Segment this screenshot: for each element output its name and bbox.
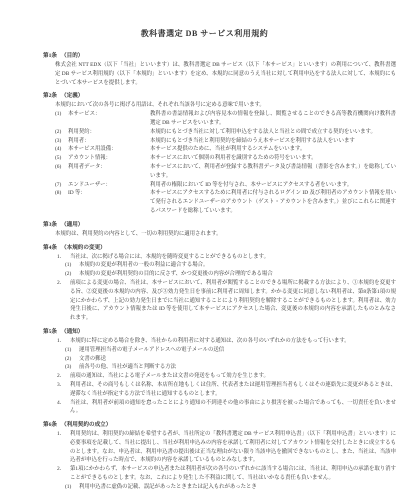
article-heading: 第5条（通知） (43, 328, 396, 337)
sub-item: (1)利用申込書に虚偽の記載、誤記があったときまたは記入もれがあったとき (65, 483, 396, 489)
def-item: (3)利用者：本規約にもとづき当社と利用契約を締結のうえ本サービスを利用する法人… (55, 137, 396, 146)
item-number: 4． (57, 399, 70, 408)
article: 第5条（通知）1．本規約に特に定める場合を除き、当社からの利用者に対する通知は、… (43, 328, 396, 416)
article-caption: （通知） (61, 329, 83, 335)
item-text: 前各号の他、当社が適当と判断する方法 (79, 363, 396, 372)
item-number: (2) (55, 128, 68, 137)
num-item: 2．第1項にかかわらず、本サービスの申込者または利用者が次の各号のいずれかに該当… (57, 465, 396, 483)
item-number: (3) (55, 137, 68, 146)
item-number: 1． (57, 430, 70, 439)
item-number: (5) (55, 154, 68, 163)
article: 第1条（目的）株式会社 NTT EDX（以下「当社」といいます）は、教科書選定 … (43, 52, 396, 87)
article-heading: 第6条（利用契約の成立） (43, 421, 396, 430)
def-item: (7)エンドユーザー：利用者の権限において ID 等を付与され、本サービスにアク… (55, 181, 396, 190)
article-number: 第2条 (43, 93, 57, 99)
item-number: 2． (57, 372, 70, 381)
item-text: 利用申込書に虚偽の記載、誤記があったときまたは記入もれがあったとき (79, 483, 396, 489)
article-heading: 第4条（本規約の変更） (43, 244, 396, 253)
paragraph: 本規約は、利用契約の内容として、一切の利用契約に適用されます。 (55, 230, 396, 239)
item-number: 2． (57, 465, 70, 474)
article-number: 第5条 (43, 329, 57, 335)
def-item: (5)アカウント情報：本サービスにおいて個別の利用者を識別するための符号をいいま… (55, 154, 396, 163)
article-caption: （適用） (61, 222, 83, 228)
item-text: 文書の郵送 (79, 355, 396, 364)
def-item: (6)利用者データ：本サービスにおいて、利用者が登録する教科書データ及び書誌情報… (55, 163, 396, 181)
sub-item: (1)本規約の変更が利用者の一般の利益に適合する場合。 (65, 261, 396, 270)
article-caption: （本規約の変更） (61, 245, 106, 251)
item-text: 利用契約は、利用契約の締結を希望する者が、当社所定の「教科書選定 DB サービス… (70, 430, 396, 465)
article: 第4条（本規約の変更）1．当社は、次に掲げる場合には、本規約を随時変更することが… (43, 244, 396, 323)
definition-term: 利用者データ： (68, 163, 150, 172)
definition-term: 利用者： (68, 137, 150, 146)
definition-term: 本サービス用設備： (68, 145, 150, 154)
article-heading: 第3条（適用） (43, 221, 396, 230)
article-number: 第3条 (43, 222, 57, 228)
item-text: 当社は、次に掲げる場合には、本規約を随時変更することができるものとします。 (70, 253, 396, 262)
sub-item: (1)運用管理担当者の電子メールアドレスへの電子メールの送信 (65, 346, 396, 355)
item-text: 本規約に特に定める場合を除き、当社からの利用者に対する通知は、次の各号のいずれか… (70, 337, 396, 346)
item-text: 本サービスにおいて、利用者が登録する教科書データ及び書誌情報（書影を含みます。）… (150, 163, 396, 181)
def-item: (8)ID 等：本サービスにアクセスするために利用者に付与されるログイン ID … (55, 189, 396, 215)
item-number: 1． (57, 253, 70, 262)
article-caption: （目的） (61, 53, 83, 59)
item-text: 本サービスにアクセスするために利用者に付与されるログイン ID 及び利用者のアカ… (150, 189, 396, 215)
paragraph: 株式会社 NTT EDX（以下「当社」といいます）は、教科書選定 DB サービス… (55, 61, 396, 87)
sub-item: (3)前各号の他、当社が適当と判断する方法 (65, 363, 396, 372)
item-text: 本規約の変更が利用契約の目的に反さず、かつ変更後の内容が合理的である場合 (79, 270, 396, 279)
article: 第3条（適用）本規約は、利用契約の内容として、一切の利用契約に適用されます。 (43, 221, 396, 239)
item-text: 運用管理担当者の電子メールアドレスへの電子メールの送信 (79, 346, 396, 355)
article: 第6条（利用契約の成立）1．利用契約は、利用契約の締結を希望する者が、当社所定の… (43, 421, 396, 489)
item-text: 当社は、利用者が前項の通知を怠ったことにより通知の不到達その他の事由により損害を… (70, 399, 396, 417)
item-text: 教科書の書誌情報および内容見本の情報を登録し、閲覧させることのできる高等教育機関… (150, 110, 396, 128)
definition-term: アカウント情報： (68, 154, 150, 163)
item-number: 2． (57, 279, 70, 288)
num-item: 2．前項の通知は、当社による電子メールまたは文書の発送をもって効力を生じます。 (57, 372, 396, 381)
num-item: 4．当社は、利用者が前項の通知を怠ったことにより通知の不到達その他の事由により損… (57, 399, 396, 417)
item-number: (8) (55, 189, 68, 198)
sub-item: (2)本規約の変更が利用契約の目的に反さず、かつ変更後の内容が合理的である場合 (65, 270, 396, 279)
definition-term: 本サービス： (68, 110, 150, 119)
item-number: (2) (65, 270, 79, 279)
document-page: 教科書選定 DB サービス利用規約 第1条（目的）株式会社 NTT EDX（以下… (0, 0, 409, 489)
num-item: 1．利用契約は、利用契約の締結を希望する者が、当社所定の「教科書選定 DB サー… (57, 430, 396, 465)
item-text: 本サービス提供のために、当社が利用するシステムをいいます。 (150, 145, 396, 154)
articles: 第1条（目的）株式会社 NTT EDX（以下「当社」といいます）は、教科書選定 … (43, 52, 396, 489)
item-number: 3． (57, 381, 70, 390)
item-number: (1) (65, 346, 79, 355)
definition-term: 利用契約： (68, 128, 150, 137)
item-text: 本サービスにおいて個別の利用者を識別するための符号をいいます。 (150, 154, 396, 163)
item-text: 利用者の権限において ID 等を付与され、本サービスにアクセスする者をいいます。 (150, 181, 396, 190)
item-number: (4) (55, 145, 68, 154)
item-number: (6) (55, 163, 68, 172)
num-item: 1．本規約に特に定める場合を除き、当社からの利用者に対する通知は、次の各号のいず… (57, 337, 396, 346)
def-item: (1)本サービス：教科書の書誌情報および内容見本の情報を登録し、閲覧させることの… (55, 110, 396, 128)
item-number: (1) (55, 110, 68, 119)
item-text: 第1項にかかわらず、本サービスの申込者または利用者が次の各号のいずれかに該当する… (70, 465, 396, 483)
item-number: (7) (55, 181, 68, 190)
document-title: 教科書選定 DB サービス利用規約 (13, 29, 396, 39)
item-number: (3) (65, 363, 79, 372)
num-item: 2．前項による変更の場合、当社は、本サービスにおいて、利用者が閲覧することのでき… (57, 279, 396, 323)
def-item: (4)本サービス用設備：本サービス提供のために、当社が利用するシステムをいいます… (55, 145, 396, 154)
paragraph: 本規約において次の各号に掲げる用語は、それぞれ当該各号に定める意味で用います。 (55, 101, 396, 110)
article: 第2条（定義）本規約において次の各号に掲げる用語は、それぞれ当該各号に定める意味… (43, 92, 396, 215)
article-number: 第4条 (43, 245, 57, 251)
item-text: 利用者は、その商号もしくは名称、本店所在地もしくは住所、代表者または運用管理担当… (70, 381, 396, 399)
item-text: 本規約にもとづき当社に対して利用申込をする法人と当社との間で成立する契約をいいま… (150, 128, 396, 137)
sub-item: (2)文書の郵送 (65, 355, 396, 364)
item-number: (1) (65, 483, 79, 489)
item-number: 1． (57, 337, 70, 346)
article-heading: 第1条（目的） (43, 52, 396, 61)
num-item: 3．利用者は、その商号もしくは名称、本店所在地もしくは住所、代表者または運用管理… (57, 381, 396, 399)
article-caption: （利用契約の成立） (61, 422, 111, 428)
article-number: 第6条 (43, 422, 57, 428)
item-text: 前項の通知は、当社による電子メールまたは文書の発送をもって効力を生じます。 (70, 372, 396, 381)
item-number: (1) (65, 261, 79, 270)
article-caption: （定義） (61, 93, 83, 99)
def-item: (2)利用契約：本規約にもとづき当社に対して利用申込をする法人と当社との間で成立… (55, 128, 396, 137)
item-text: 本規約にもとづき当社と利用契約を締結のうえ本サービスを利用する法人をいいます (150, 137, 396, 146)
num-item: 1．当社は、次に掲げる場合には、本規約を随時変更することができるものとします。 (57, 253, 396, 262)
article-number: 第1条 (43, 53, 57, 59)
definition-term: ID 等： (68, 189, 150, 198)
item-number: (2) (65, 355, 79, 364)
item-text: 前項による変更の場合、当社は、本サービスにおいて、利用者が閲覧することのできる場… (70, 279, 396, 323)
article-heading: 第2条（定義） (43, 92, 396, 101)
definition-term: エンドユーザー： (68, 181, 150, 190)
item-text: 本規約の変更が利用者の一般の利益に適合する場合。 (79, 261, 396, 270)
